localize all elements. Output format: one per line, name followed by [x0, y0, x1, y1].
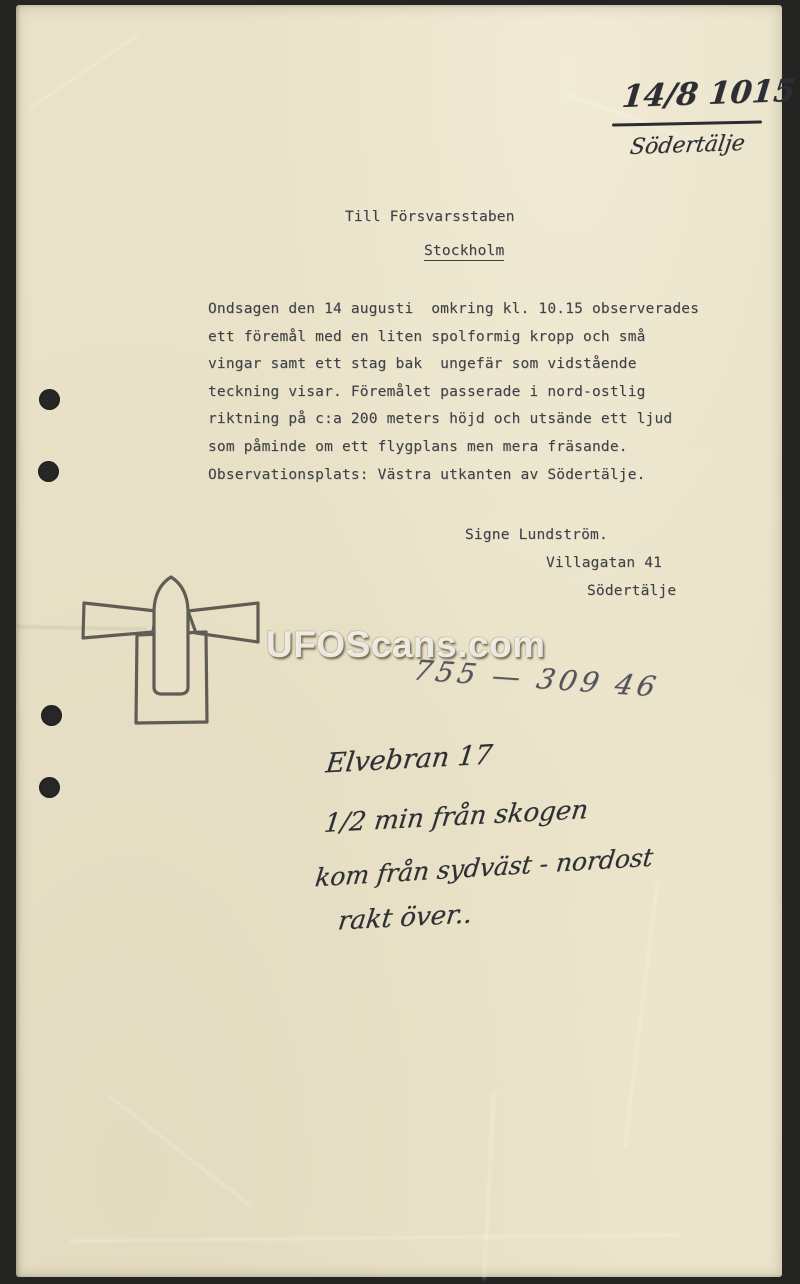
recipient-city: Stockholm	[424, 243, 504, 261]
body-line: som påminde om ett flygplans men mera fr…	[208, 439, 688, 467]
scanned-document: 14/8 1015 Södertälje Till Försvarsstaben…	[0, 0, 800, 1284]
handwritten-date-time: 14/8 1015	[620, 73, 797, 115]
punch-hole	[39, 777, 60, 798]
body-line: vingar samt ett stag bak ungefär som vid…	[208, 356, 688, 384]
handwritten-location: Södertälje	[628, 131, 746, 160]
signature-city: Södertälje	[587, 583, 676, 599]
signature-address: Villagatan 41	[546, 555, 662, 571]
recipient-line: Till Försvarsstaben	[345, 209, 515, 225]
punch-hole	[39, 389, 60, 410]
punch-hole	[38, 461, 59, 482]
punch-hole	[41, 705, 62, 726]
signature-name: Signe Lundström.	[465, 527, 608, 543]
body-line: Ondsagen den 14 augusti omkring kl. 10.1…	[208, 301, 688, 329]
object-sketch	[70, 568, 280, 738]
body-line: Observationsplats: Västra utkanten av Sö…	[208, 467, 688, 495]
body-line: riktning på c:a 200 meters höjd och utsä…	[208, 411, 688, 439]
body-line: ett föremål med en liten spolformig krop…	[208, 329, 688, 357]
body-line: teckning visar. Föremålet passerade i no…	[208, 384, 688, 412]
letter-body: Ondsagen den 14 augusti omkring kl. 10.1…	[208, 301, 688, 494]
watermark: UFOScans.com	[266, 624, 526, 666]
